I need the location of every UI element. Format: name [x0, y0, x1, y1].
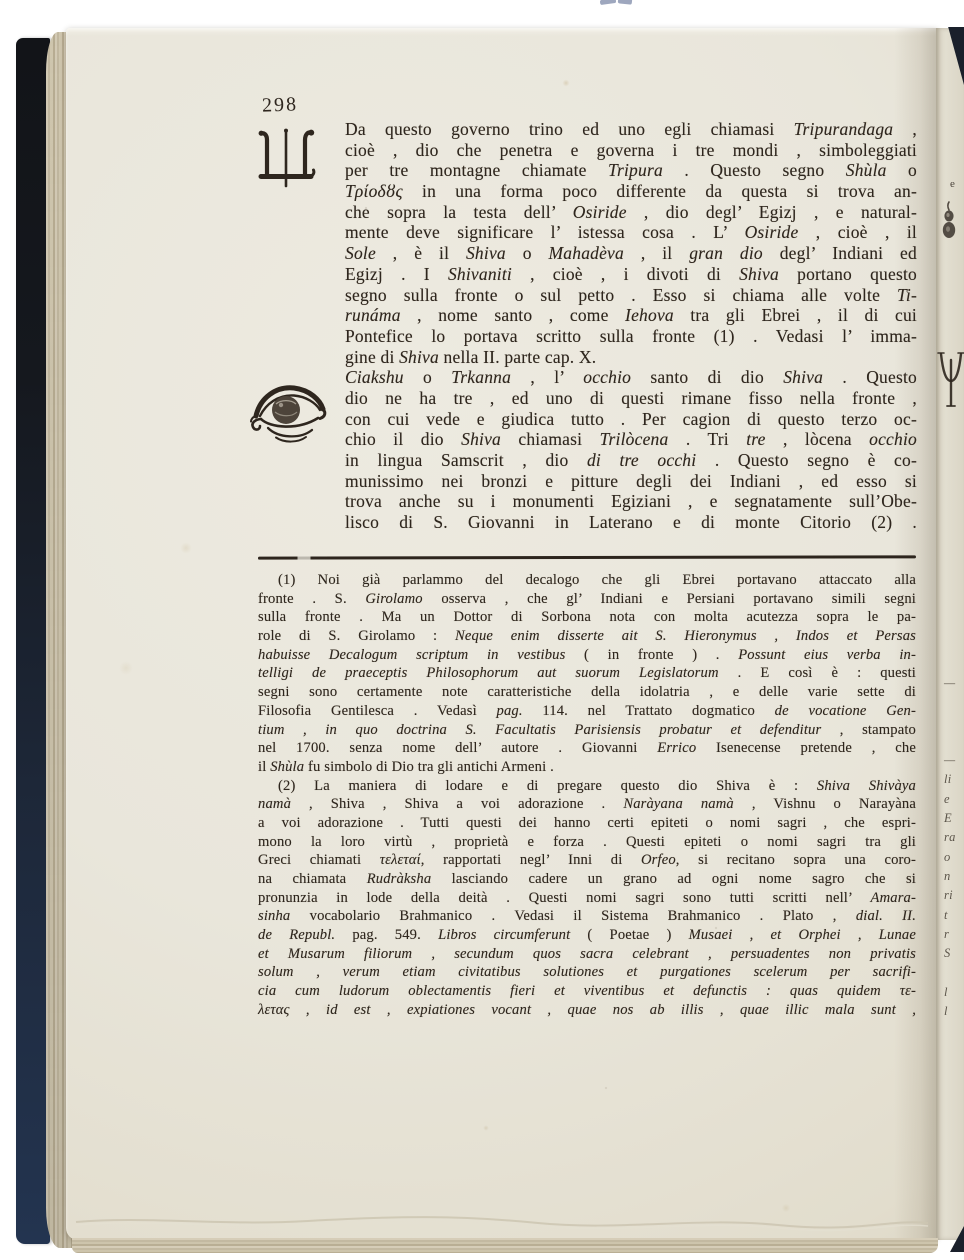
text-line: mono la loro virtù , proprietà e forza .… [258, 833, 916, 852]
text-line: munissimo nei bronzi e pitture degli dei… [345, 471, 917, 492]
facing-text-fragment [944, 963, 964, 982]
text-line: dio ne ha tre , ed uno di questi rimane … [345, 388, 917, 409]
facing-text-fragment: li [944, 770, 964, 789]
page-edges-bottom [72, 1238, 938, 1253]
text-line: pronunzia in lode della deità . Questi n… [258, 889, 916, 908]
facing-text-fragment: S [944, 944, 964, 963]
text-line: Ciakshu o Trkanna , l’ occhio santo di d… [345, 367, 917, 388]
text-line: telligi de praeceptis Philosophorum aut … [258, 664, 916, 683]
text-line: Filosofia Gentilesca . Vedasì pag. 114. … [258, 702, 916, 721]
text-line: lisco di S. Giovanni in Laterano e di mo… [345, 512, 917, 533]
text-line: Greci chiamati τελεταί, rapportati negl’… [258, 851, 916, 870]
text-line: con cui vede e giudica tutto . Per cagio… [345, 409, 917, 430]
text-line: Pontefice lo portava scritto sulla front… [345, 326, 917, 347]
facing-text-fragment: ri [944, 886, 964, 905]
text-line: mente deve significare l’ istessa cosa .… [345, 222, 917, 243]
facing-text-fragments: ——lieEraonritrSll [944, 674, 964, 1021]
book-spine [16, 38, 50, 1244]
third-eye-icon [248, 376, 330, 450]
facing-text-fragment: — [944, 751, 964, 770]
facing-text-fragment: ra [944, 828, 964, 847]
text-line: segni sono certamente note caratteristic… [258, 683, 916, 702]
text-line: tium , in quo doctrina S. Facultatis Par… [258, 721, 916, 740]
text-line: λετας , id est , expiationes vocant , qu… [258, 1001, 916, 1020]
text-line: Sole , è il Shiva o Mahadèva , il gran d… [345, 243, 917, 264]
book-page: 298 Da questo governo t [66, 28, 938, 1240]
facing-text-fragment: r [944, 925, 964, 944]
footnotes-block: (1) Noi già parlammo del decalogo che gl… [258, 571, 916, 1020]
text-line: segno sulla fronte o sul petto . Esso si… [345, 285, 917, 306]
trident-glyph-icon [938, 350, 964, 412]
text-line: cioè , dio che penetra e governa i tre m… [345, 140, 917, 161]
facing-text-fragment: E [944, 809, 964, 828]
text-line: chio il dio Shiva chiamasi Trilòcena . T… [345, 429, 917, 450]
facing-letter: e [950, 178, 955, 190]
main-text-block: Da questo governo trino ed uno egli chia… [345, 119, 917, 533]
text-line: il Shùla fu simbolo di Dio tra gli antic… [258, 758, 916, 777]
text-line: per tre montagne chiamate Tripura . Ques… [345, 160, 917, 181]
text-line: nel 1700. senza nome dell’ autore . Giov… [258, 739, 916, 758]
text-line: Τρίοδȣς in una forma poco differente da … [345, 181, 917, 202]
book-photo: 298 Da questo governo t [0, 0, 964, 1260]
text-line: na chiamata Rudràksha lasciando cadere u… [258, 870, 916, 889]
facing-text-fragment [944, 732, 964, 751]
facing-text-fragment: n [944, 867, 964, 886]
facing-text-fragment [944, 693, 964, 712]
text-line: in lingua Samscrit , dio di tre occhi . … [345, 450, 917, 471]
page-number: 298 [262, 93, 299, 117]
text-line: che sopra la testa dell’ Osiride , dio d… [345, 202, 917, 223]
text-line: Da questo governo trino ed uno egli chia… [345, 119, 917, 140]
facing-text-fragment: e [944, 790, 964, 809]
text-line: role di S. Girolamo : Neque enim dissert… [258, 627, 916, 646]
text-line: (2) La maniera di lodare e di pregare qu… [258, 777, 916, 796]
blue-ink-mark [598, 0, 638, 8]
text-line: cia cum ludorum oblectamentis fieri et v… [258, 982, 916, 1001]
text-line: a voi adorazione . Tutti questi dei hann… [258, 814, 916, 833]
facing-text-fragment: l [944, 983, 964, 1002]
facing-text-fragment: l [944, 1002, 964, 1021]
text-line: (1) Noi già parlammo del decalogo che gl… [258, 571, 916, 590]
facing-text-fragment: o [944, 848, 964, 867]
text-line: solum , verum etiam civitatibus solution… [258, 963, 916, 982]
facing-text-fragment: t [944, 906, 964, 925]
text-line: habuisse Decalogum scriptum in vestibus … [258, 646, 916, 665]
shula-trident-icon [258, 126, 316, 190]
text-line: gine di Shiva nella II. parte cap. X. [345, 347, 917, 368]
facing-text-fragment: — [944, 674, 964, 693]
facing-page-edge: e ——lieEraonritrSll [936, 28, 964, 1240]
text-line: namà , Shiva , Shiva a voi adorazione . … [258, 795, 916, 814]
text-line: sulla fronte . Ma un Dottor di Sorbona n… [258, 608, 916, 627]
paper-crease [68, 1212, 936, 1234]
text-line: trova anche su i monumenti Egiziani , e … [345, 491, 917, 512]
footnote-separator [258, 555, 916, 559]
text-line: runáma , nome santo , come Iehova tra gl… [345, 305, 917, 326]
facing-text-fragment [944, 713, 964, 732]
text-line: sinha vocabolario Brahmanico . Vedasi il… [258, 907, 916, 926]
seal-glyph-icon [940, 200, 958, 244]
text-line: Egizj . I Shivaniti , cioè , i divoti di… [345, 264, 917, 285]
text-line: fronte . S. Girolamo osserva , che gl’ I… [258, 590, 916, 609]
text-line: de Republ. pag. 549. Libros circumferunt… [258, 926, 916, 945]
text-line: et Musarum filiorum , secundum quos sacr… [258, 945, 916, 964]
